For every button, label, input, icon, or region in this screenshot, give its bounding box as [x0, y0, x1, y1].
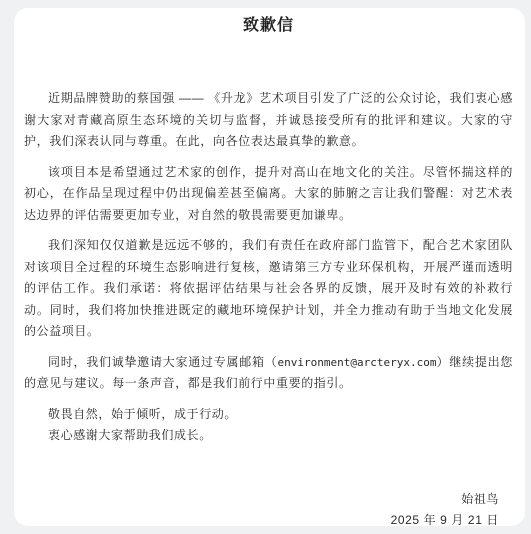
letter-closing: 敬畏自然，始于倾听，成于行动。 衷心感谢大家帮助我们成长。: [24, 404, 513, 447]
page-background: 致歉信 近期品牌赞助的蔡国强 —— 《升龙》艺术项目引发了广泛的公众讨论，我们衷…: [0, 0, 531, 534]
apology-letter-card: 致歉信 近期品牌赞助的蔡国强 —— 《升龙》艺术项目引发了广泛的公众讨论，我们衷…: [14, 8, 525, 526]
letter-paragraph-opening: 近期品牌赞助的蔡国强 —— 《升龙》艺术项目引发了广泛的公众讨论，我们衷心感谢大…: [24, 88, 513, 153]
signature-date: 2025 年 9 月 21 日: [24, 510, 499, 526]
letter-paragraph-reflection: 该项目本是希望通过艺术家的创作，提升对高山在地文化的关注。尽管怀揣这样的初心，在…: [24, 162, 513, 227]
closing-line-motto: 敬畏自然，始于倾听，成于行动。: [24, 404, 513, 426]
closing-line-thanks: 衷心感谢大家帮助我们成长。: [24, 425, 513, 447]
invitation-text-prefix: 同时，我们诚挚邀请大家通过专属邮箱（: [48, 355, 278, 369]
contact-email-address: environment@arcteryx.com: [278, 356, 437, 369]
signature-block: 始祖鸟 2025 年 9 月 21 日: [24, 489, 513, 527]
signature-name: 始祖鸟: [24, 489, 499, 511]
letter-paragraph-commitments: 我们深知仅仅道歉是远远不够的，我们有责任在政府部门监管下，配合艺术家团队对该项目…: [24, 235, 513, 343]
letter-paragraph-invitation: 同时，我们诚挚邀请大家通过专属邮箱（environment@arcteryx.c…: [24, 352, 513, 395]
letter-title: 致歉信: [24, 15, 513, 37]
